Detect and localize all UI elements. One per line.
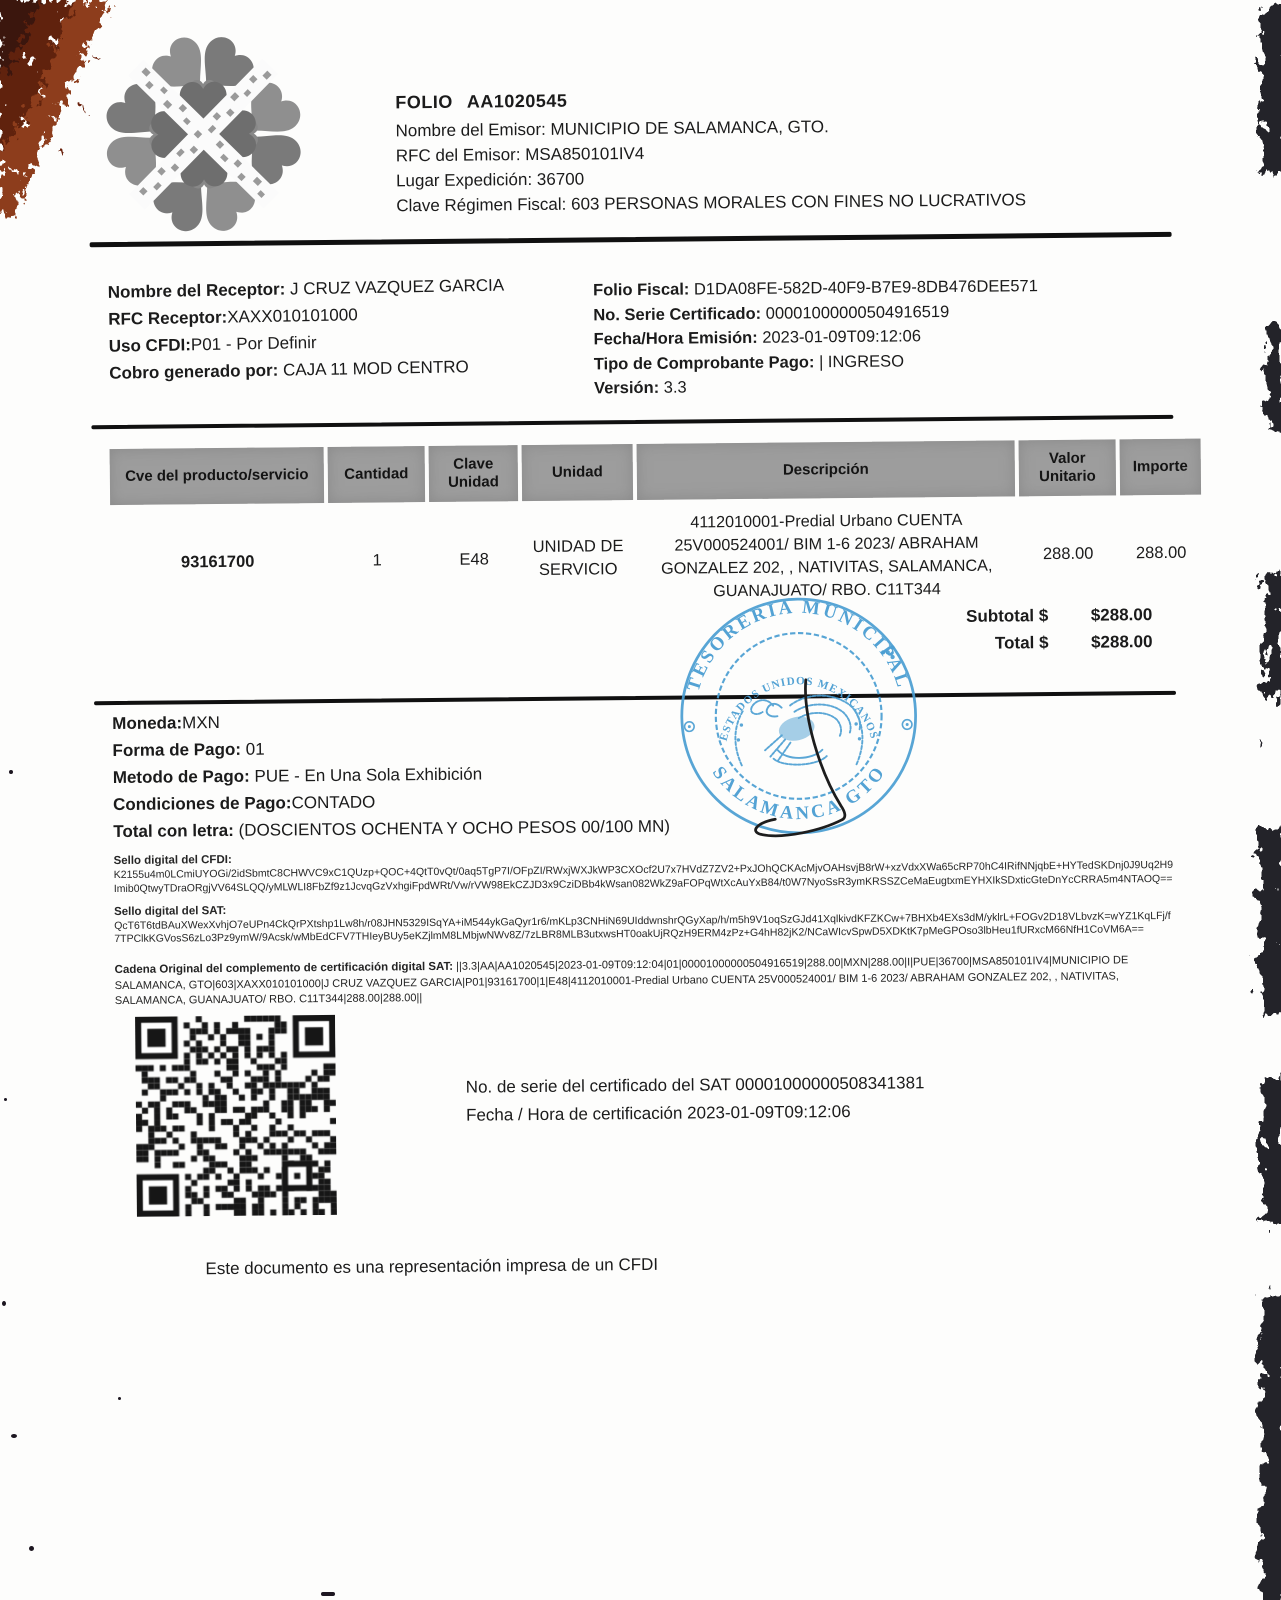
col-header-descripcion: Descripción [637,440,1016,500]
col-header-unidad: Unidad [522,444,634,501]
sat-cert-date-line: Fecha / Hora de certificación 2023-01-09… [466,1097,925,1129]
total-value: $288.00 [1048,632,1152,653]
item-cantidad: 1 [329,551,426,571]
eagle-emblem-icon [735,695,863,765]
qr-code [135,1015,337,1217]
sat-certification-block: No. de serie del certificado del SAT 000… [466,1069,925,1129]
sat-cert-serial-line: No. de serie del certificado del SAT 000… [466,1069,925,1101]
divider-rule-top [90,232,1172,247]
item-valor-unitario: 288.00 [1020,544,1117,564]
col-header-cve: Cve del producto/servicio [110,447,325,505]
cfdi-footer-note: Este documento es una representación imp… [205,1255,658,1279]
divider-rule-payment [94,691,1176,705]
table-row: 93161700 1 E48 UNIDAD DE SERVICIO 411201… [110,495,1206,622]
col-header-importe: Importe [1120,439,1202,496]
payment-block: Moneda:MXN Forma de Pago: 01 Metodo de P… [112,705,670,845]
digital-seals-block: Sello digital del CFDI: K2155u4m0LCmiUYO… [113,836,1176,947]
fiscal-block: Folio Fiscal: D1DA08FE-582D-40F9-B7E9-8D… [593,274,1039,401]
cadena-original-label: Cadena Original del complemento de certi… [115,961,454,976]
cadena-original-block: Cadena Original del complemento de certi… [115,953,1177,1010]
emitter-regimen-line: Clave Régimen Fiscal: 603 PERSONAS MORAL… [396,187,1026,218]
receptor-block: Nombre del Receptor: J CRUZ VAZQUEZ GARC… [108,272,506,387]
item-cve: 93161700 [111,552,325,573]
emitter-header: FOLIOAA1020545 Nombre del Emisor: MUNICI… [395,84,1026,218]
subtotal-value: $288.00 [1048,605,1152,626]
total-letra-line: Total con letra: (DOSCIENTOS OCHENTA Y O… [113,813,670,845]
cfdi-document: FOLIOAA1020545 Nombre del Emisor: MUNICI… [0,0,1281,1600]
treasury-stamp: TESORERIA MUNICIPAL SALAMANCA GTO ESTADO… [670,587,927,844]
folio-value: AA1020545 [467,91,568,112]
folio-label: FOLIO [395,92,453,113]
folio-line: FOLIOAA1020545 [395,84,1025,115]
col-header-cantidad: Cantidad [328,446,426,503]
municipal-logo [103,33,305,235]
items-table-header: Cve del producto/servicio Cantidad Clave… [110,439,1205,506]
item-unidad: UNIDAD DE SERVICIO [522,535,633,582]
divider-rule-mid [91,415,1173,429]
folio-fiscal-line: Folio Fiscal: D1DA08FE-582D-40F9-B7E9-8D… [593,274,1038,303]
item-clave-unidad: E48 [430,550,519,570]
version-line: Versión: 3.3 [594,372,1039,401]
totals-block: Subtotal $ $288.00 Total $ $288.00 [896,605,1152,654]
item-importe: 288.00 [1121,543,1202,563]
col-header-clave-unidad: Clave Unidad [429,445,519,502]
col-header-valor-unitario: Valor Unitario [1019,439,1117,496]
